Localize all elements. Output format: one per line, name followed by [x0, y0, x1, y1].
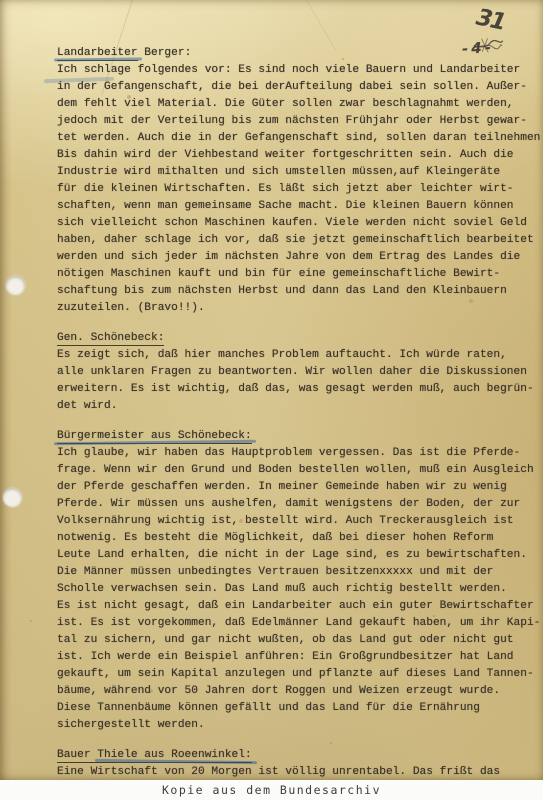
- typewritten-line: tal zu sichern, und gar nicht wußten, ob…: [57, 632, 543, 649]
- typewritten-line: Industrie wird mithalten und sich umstel…: [57, 164, 543, 181]
- typewritten-line: det wird.: [57, 398, 543, 415]
- typewritten-line: sich vielleicht schon Maschinen kaufen. …: [57, 215, 543, 232]
- typewritten-line: Leute Land erhalten, die nicht in der La…: [57, 547, 543, 564]
- typewritten-line: Die Männer müssen unbedingtes Vertrauen …: [57, 564, 543, 581]
- speaker-heading: Bürgermeister aus Schönebeck:: [57, 428, 543, 445]
- typewritten-line: gekauft, um sein Kapital anzulegen und p…: [57, 666, 543, 683]
- typewritten-line: ist. Ich werde ein Beispiel anführen: Ei…: [57, 649, 543, 666]
- typewritten-line: bäume, während vor 50 Jahren dort Roggen…: [57, 683, 543, 700]
- typewritten-line: Diese Tannenbäume können gefällt und das…: [57, 700, 543, 717]
- archive-caption: Kopie aus dem Bundesarchiv: [162, 783, 381, 797]
- typewritten-line: nötigen Maschinen kauft und bin für eine…: [57, 266, 543, 283]
- typewritten-line: Ich glaube, wir haben das Hauptproblem v…: [57, 445, 543, 462]
- typewritten-line: Eine Wirtschaft von 20 Morgen ist völlig…: [57, 764, 543, 781]
- typewritten-line: notwenig. Es besteht die Möglichkeit, da…: [57, 530, 543, 547]
- typewritten-line: Es zeigt sich, daß hier manches Problem …: [57, 347, 543, 364]
- typewritten-line: haben, daher schlage ich vor, daß sie je…: [57, 232, 543, 249]
- paper-sheet: 31 -4- Landarbeiter Berger:Ich schlage f…: [0, 0, 543, 781]
- speaker-heading: Landarbeiter Berger:: [57, 45, 543, 62]
- punch-hole: [3, 488, 22, 507]
- typewritten-line: zuzuteilen. (Bravo!!).: [57, 300, 543, 317]
- typewritten-line: erweitern. Es ist wichtig, daß das, was …: [57, 381, 543, 398]
- paper-specks: [0, 0, 2, 2]
- speaker-heading-text: Berger:: [138, 47, 192, 59]
- speech-section: Gen. Schönebeck:Es zeigt sich, daß hier …: [57, 330, 543, 415]
- typewritten-line: alle unklaren Fragen zu beantworten. Wir…: [57, 364, 543, 381]
- typewritten-line: sichergestellt werden.: [57, 717, 543, 734]
- speaker-heading-text: Gen. Schönebeck:: [57, 332, 164, 346]
- typewritten-line: tet werden. Auch die in der Gefangenscha…: [57, 130, 543, 147]
- typewritten-line: jedoch mit der Verteilung bis zum nächst…: [57, 113, 543, 130]
- typewritten-line: der Pferde geschaffen werden. In meiner …: [57, 479, 543, 496]
- typewritten-line: dem fehlt viel Material. Die Güter solle…: [57, 96, 543, 113]
- archive-footer-strip: Kopie aus dem Bundesarchiv: [0, 780, 543, 800]
- typewritten-line: ist. Es ist vorgekommen, daß Edelmänner …: [57, 615, 543, 632]
- typewritten-line: Scholle verwachsen sein. Das Land muß au…: [57, 581, 543, 598]
- speech-section: Bürgermeister aus Schönebeck:Ich glaube,…: [57, 428, 543, 734]
- typewritten-line: für die kleinen Wirtschaften. Es läßt si…: [57, 181, 543, 198]
- typewritten-line: Es ist nicht gesagt, daß ein Landarbeite…: [57, 598, 543, 615]
- paper-crease: [305, 0, 336, 50]
- speech-section: Bauer Thiele aus Roeenwinkel:Eine Wirtsc…: [57, 747, 543, 781]
- speech-section: Landarbeiter Berger:Ich schlage folgende…: [57, 45, 543, 317]
- punch-hole: [6, 276, 25, 295]
- speaker-heading: Gen. Schönebeck:: [57, 330, 543, 347]
- typewritten-line: werden und sich jeder im nächsten Jahre …: [57, 249, 543, 266]
- scanned-document-page: 31 -4- Landarbeiter Berger:Ich schlage f…: [0, 0, 543, 800]
- typewritten-line: in der Gefangenschaft, die bei derAuftei…: [57, 79, 543, 96]
- typewritten-line: schaften, wenn man gemeinsame Sache mach…: [57, 198, 543, 215]
- speaker-heading: Bauer Thiele aus Roeenwinkel:: [57, 747, 543, 764]
- typewritten-line: Pferde. Wir müssen uns aushelfen, damit …: [57, 496, 543, 513]
- typewritten-line: Volksernährung wichtig ist, bestellt wir…: [57, 513, 543, 530]
- typewritten-line: schaftung bis zum nächsten Herbst und da…: [57, 283, 543, 300]
- typewritten-line: Bis dahin wird der Viehbestand weiter fo…: [57, 147, 543, 164]
- typewritten-line: frage. Wenn wir den Grund und Boden best…: [57, 462, 543, 479]
- typewritten-line: Ich schlage folgendes vor: Es sind noch …: [57, 62, 543, 79]
- typewritten-text: Landarbeiter Berger:Ich schlage folgende…: [57, 45, 543, 781]
